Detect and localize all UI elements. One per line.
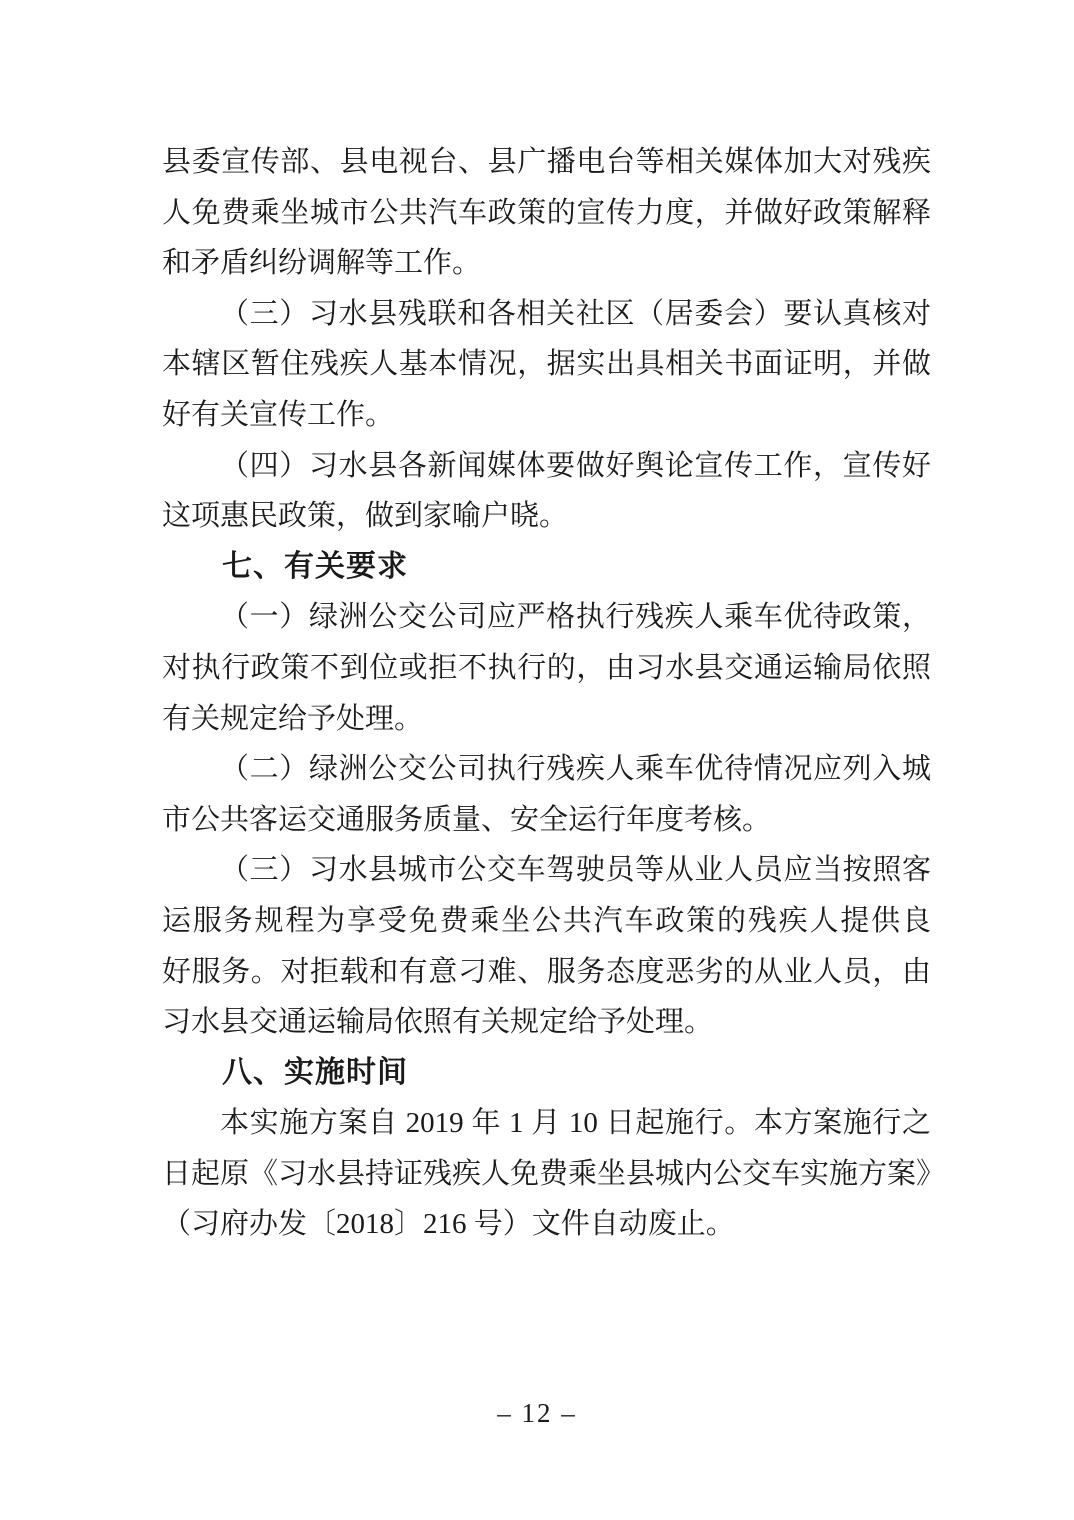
text-line: （三）习水县城市公交车驾驶员等从业人员应当按照客: [162, 845, 931, 896]
text-line: 县委宣传部、县电视台、县广播电台等相关媒体加大对残疾: [162, 137, 931, 188]
text-line: （三）习水县残联和各相关社区（居委会）要认真核对: [162, 289, 931, 340]
text-line: 好有关宣传工作。: [162, 390, 931, 441]
text-line: 和矛盾纠纷调解等工作。: [162, 238, 931, 289]
text-line: 本实施方案自 2019 年 1 月 10 日起施行。本方案施行之: [162, 1098, 931, 1149]
text-line: 好服务。对拒载和有意刁难、服务态度恶劣的从业人员，由: [162, 947, 931, 998]
text-line: 习水县交通运输局依照有关规定给予处理。: [162, 997, 931, 1048]
section-heading: 八、实施时间: [162, 1048, 931, 1099]
document-page: 县委宣传部、县电视台、县广播电台等相关媒体加大对残疾人免费乘坐城市公共汽车政策的…: [0, 0, 1074, 1520]
text-line: 这项惠民政策，做到家喻户晓。: [162, 491, 931, 542]
section-heading: 七、有关要求: [162, 542, 931, 593]
text-line: 日起原《习水县持证残疾人免费乘坐县城内公交车实施方案》: [162, 1149, 931, 1200]
text-line: 本辖区暂住残疾人基本情况，据实出具相关书面证明，并做: [162, 339, 931, 390]
text-line: （一）绿洲公交公司应严格执行残疾人乘车优待政策，: [162, 592, 931, 643]
text-line: （四）习水县各新闻媒体要做好舆论宣传工作，宣传好: [162, 441, 931, 492]
text-line: 有关规定给予处理。: [162, 694, 931, 745]
document-body: 县委宣传部、县电视台、县广播电台等相关媒体加大对残疾人免费乘坐城市公共汽车政策的…: [162, 137, 931, 1250]
text-line: 市公共客运交通服务质量、安全运行年度考核。: [162, 795, 931, 846]
text-line: （习府办发〔2018〕216 号）文件自动废止。: [162, 1199, 931, 1250]
text-line: 运服务规程为享受免费乘坐公共汽车政策的残疾人提供良: [162, 896, 931, 947]
page-number: – 12 –: [0, 1396, 1074, 1430]
text-line: （二）绿洲公交公司执行残疾人乘车优待情况应列入城: [162, 744, 931, 795]
text-line: 对执行政策不到位或拒不执行的，由习水县交通运输局依照: [162, 643, 931, 694]
text-line: 人免费乘坐城市公共汽车政策的宣传力度，并做好政策解释: [162, 188, 931, 239]
